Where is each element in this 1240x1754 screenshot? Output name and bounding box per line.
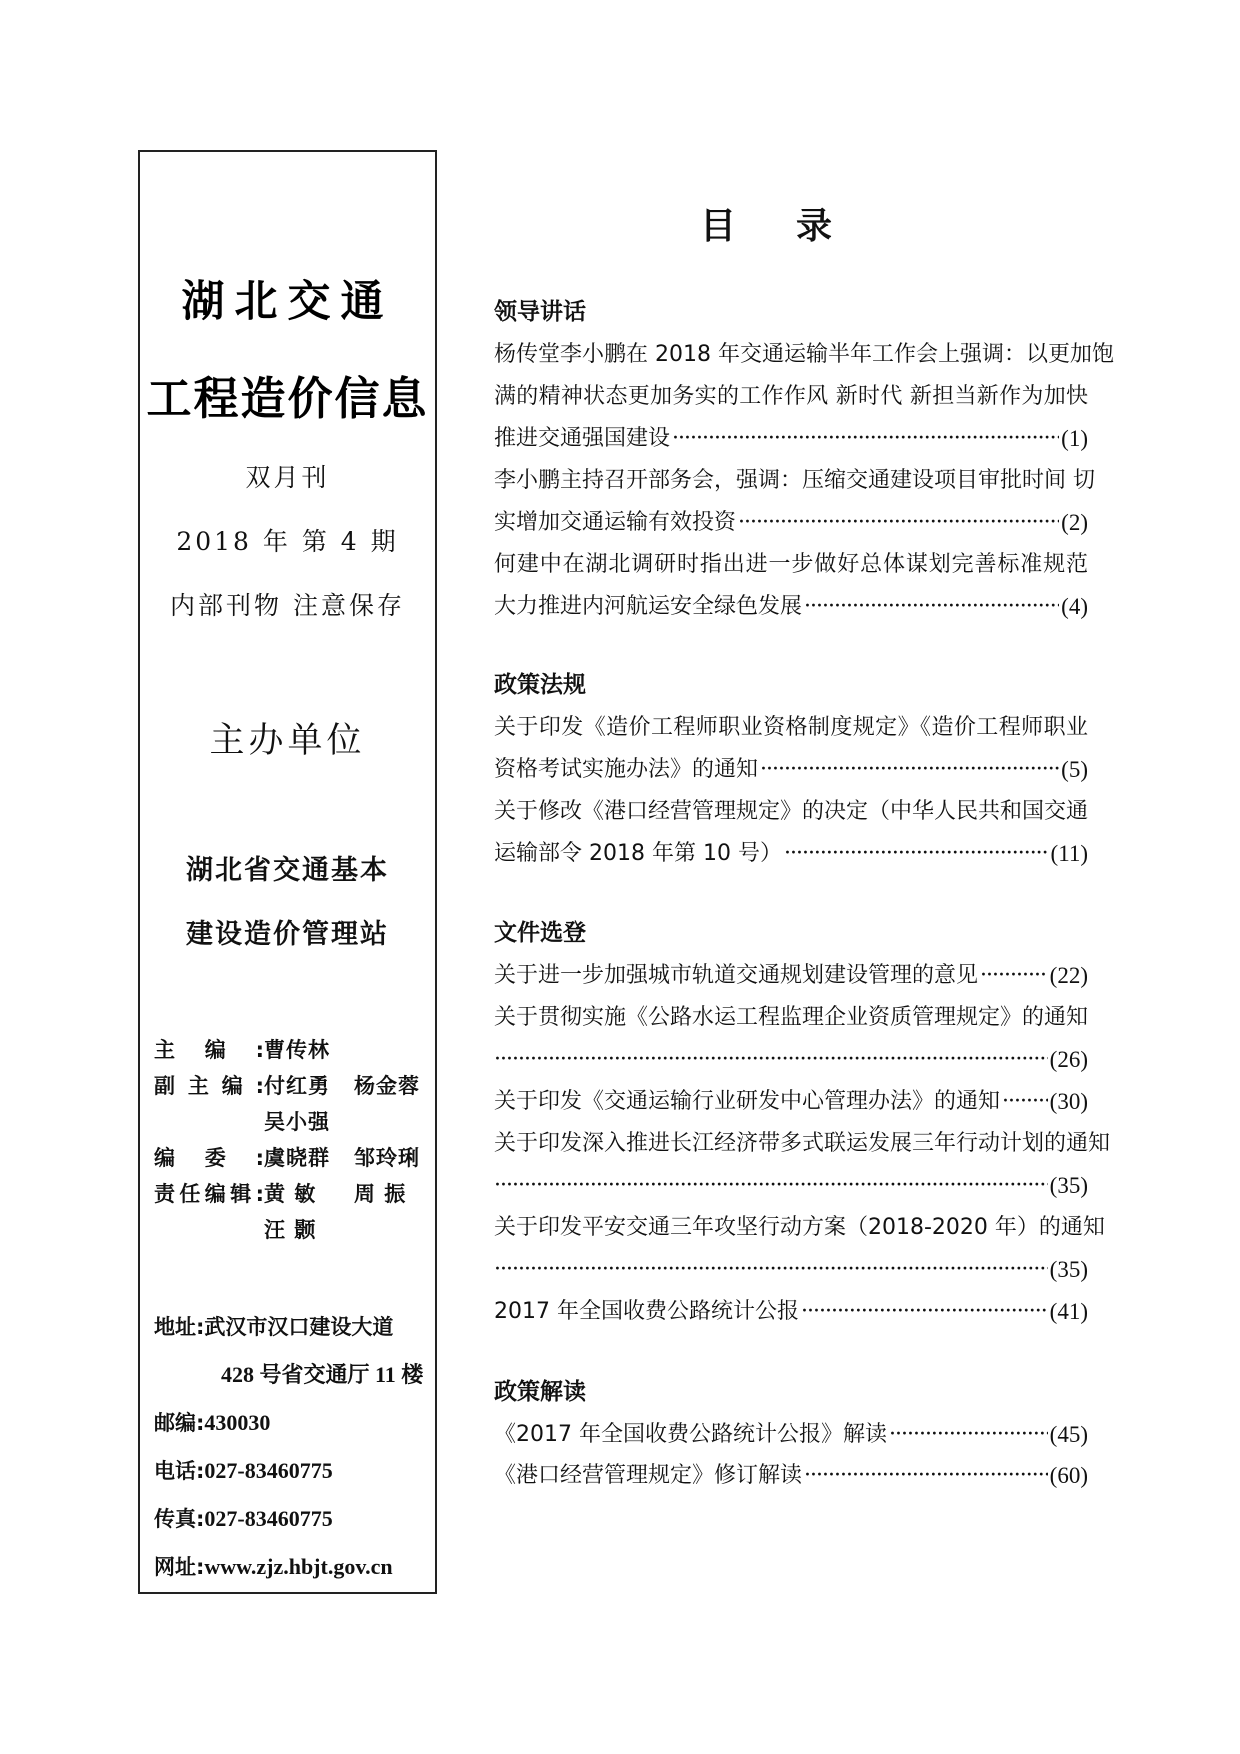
frequency: 双月刊 xyxy=(138,458,437,494)
phone-row: 电话:027-83460775 xyxy=(154,1456,333,1486)
page-number: (4) xyxy=(1061,590,1088,624)
dot-leader xyxy=(494,1253,1048,1287)
postcode-row: 邮编:430030 xyxy=(154,1408,270,1438)
address-line2: 428 号省交通厅 11 楼 xyxy=(221,1362,423,1387)
toc-entry[interactable]: 推进交通强国建设 (1) xyxy=(494,422,1088,456)
toc-entry[interactable]: 关于进一步加强城市轨道交通规划建设管理的意见(22) xyxy=(494,959,1088,993)
page-number: (35) xyxy=(1050,1169,1088,1203)
fax-label: 传真: xyxy=(154,1507,204,1531)
toc-entry[interactable]: (26) xyxy=(494,1043,1088,1077)
dot-leader xyxy=(804,590,1059,624)
toc-entry[interactable]: 《2017 年全国收费公路统计公报》解读(45) xyxy=(494,1418,1088,1452)
editor-name: 杨金蓉 xyxy=(354,1071,444,1101)
page-number: (11) xyxy=(1051,837,1088,871)
sponsor-org-line2: 建设造价管理站 xyxy=(138,912,437,951)
postcode-value: 430030 xyxy=(204,1410,270,1435)
website-link[interactable]: www.zjz.hbjt.gov.cn xyxy=(204,1554,392,1579)
address-line2-row: 428 号省交通厅 11 楼 xyxy=(221,1360,423,1390)
dot-leader xyxy=(672,422,1059,456)
toc-entry[interactable]: 资格考试实施办法》的通知(5) xyxy=(494,753,1088,787)
responsible-editor-row: 责任编辑: 黄 敏周 振 xyxy=(154,1179,264,1209)
toc-entry[interactable]: 关于印发《造价工程师职业资格制度规定》《造价工程师职业 xyxy=(494,711,1088,745)
toc-entry[interactable]: 大力推进内河航运安全绿色发展 (4) xyxy=(494,590,1088,624)
editor-name: 曹传林 xyxy=(264,1035,354,1065)
responsible-editor-row-2: 汪 颢 xyxy=(154,1215,264,1245)
editor-name: 邹玲琍 xyxy=(354,1143,444,1173)
postcode-label: 邮编: xyxy=(154,1411,204,1435)
internal-notice: 内部刊物 注意保存 xyxy=(138,586,437,622)
journal-title-line2: 工程造价信息 xyxy=(138,362,437,427)
dot-leader xyxy=(738,506,1059,540)
toc-entry[interactable]: 运输部令 2018 年第 10 号）(11) xyxy=(494,837,1088,871)
toc-entry[interactable]: (35) xyxy=(494,1253,1088,1287)
address-row: 地址:武汉市汉口建设大道 xyxy=(154,1312,393,1342)
sponsor-org-line1: 湖北省交通基本 xyxy=(138,848,437,887)
address-label: 地址: xyxy=(154,1315,204,1339)
toc-entry[interactable]: 关于贯彻实施《公路水运工程监理企业资质管理规定》的通知 xyxy=(494,1001,1088,1035)
page-number: (35) xyxy=(1050,1253,1088,1287)
toc-entry[interactable]: 实增加交通运输有效投资 (2) xyxy=(494,506,1088,540)
editor-label: 副主编: xyxy=(154,1071,264,1101)
editor-in-chief-row: 主编: 曹传林 xyxy=(154,1035,264,1065)
toc-entry[interactable]: 关于印发深入推进长江经济带多式联运发展三年行动计划的通知 xyxy=(494,1127,1088,1161)
page-number: (5) xyxy=(1061,753,1088,787)
dot-leader xyxy=(784,837,1049,871)
editor-name: 黄 敏 xyxy=(264,1179,354,1209)
section-heading-policies-regulations: 政策法规 xyxy=(494,668,586,702)
fax-row: 传真:027-83460775 xyxy=(154,1504,333,1534)
deputy-editor-row: 副主编: 付红勇杨金蓉 xyxy=(154,1071,264,1101)
toc-entry[interactable]: 何建中在湖北调研时指出进一步做好总体谋划完善标准规范 xyxy=(494,548,1088,582)
dot-leader xyxy=(980,959,1048,993)
editor-name: 吴小强 xyxy=(264,1107,354,1137)
page-number: (41) xyxy=(1050,1295,1088,1329)
fax-value: 027-83460775 xyxy=(204,1506,332,1531)
editor-name: 汪 颢 xyxy=(264,1215,354,1245)
dot-leader xyxy=(804,1459,1048,1493)
section-heading-leadership-speeches: 领导讲话 xyxy=(494,295,586,329)
dot-leader xyxy=(760,753,1059,787)
section-heading-selected-documents: 文件选登 xyxy=(494,916,586,950)
website-label: 网址: xyxy=(154,1555,204,1579)
address-line1: 武汉市汉口建设大道 xyxy=(204,1315,393,1339)
toc-entry[interactable]: 关于印发平安交通三年攻坚行动方案（2018-2020 年）的通知 xyxy=(494,1211,1088,1245)
deputy-editor-row-2: 吴小强 xyxy=(154,1107,264,1137)
editor-label: 责任编辑: xyxy=(154,1179,264,1209)
journal-title-line1: 湖北交通 xyxy=(138,268,437,329)
dot-leader xyxy=(889,1418,1048,1452)
issue-number: 2018 年 第 4 期 xyxy=(138,522,437,558)
phone-label: 电话: xyxy=(154,1459,204,1483)
editor-label: 主编: xyxy=(154,1035,264,1065)
sponsor-label: 主办单位 xyxy=(138,713,437,763)
toc-entry[interactable]: 关于修改《港口经营管理规定》的决定（中华人民共和国交通 xyxy=(494,795,1088,829)
editor-name: 付红勇 xyxy=(264,1071,354,1101)
page-number: (1) xyxy=(1061,422,1088,456)
editorial-board-row: 编委: 虞晓群邹玲琍 xyxy=(154,1143,264,1173)
page-number: (45) xyxy=(1050,1418,1088,1452)
editor-name: 周 振 xyxy=(354,1179,444,1209)
editor-label: 编委: xyxy=(154,1143,264,1173)
toc-entry[interactable]: 2017 年全国收费公路统计公报 (41) xyxy=(494,1295,1088,1329)
toc-entry[interactable]: 满的精神状态更加务实的工作作风 新时代 新担当新作为加快 xyxy=(494,380,1088,414)
toc-entry[interactable]: 杨传堂李小鹏在 2018 年交通运输半年工作会上强调：以更加饱 xyxy=(494,338,1088,372)
website-row: 网址:www.zjz.hbjt.gov.cn xyxy=(154,1552,393,1582)
toc-entry[interactable]: 李小鹏主持召开部务会，强调：压缩交通建设项目审批时间 切 xyxy=(494,464,1088,498)
toc-title: 目录 xyxy=(700,198,892,249)
dot-leader xyxy=(801,1295,1048,1329)
page-number: (22) xyxy=(1050,959,1088,993)
toc-entry[interactable]: 《港口经营管理规定》修订解读(60) xyxy=(494,1459,1088,1493)
phone-value: 027-83460775 xyxy=(204,1458,332,1483)
page-number: (2) xyxy=(1061,506,1088,540)
toc-entry[interactable]: 关于印发《交通运输行业研发中心管理办法》的通知 (30) xyxy=(494,1085,1088,1119)
dot-leader xyxy=(494,1043,1048,1077)
section-heading-policy-interpretation: 政策解读 xyxy=(494,1375,586,1409)
dot-leader xyxy=(1002,1085,1048,1119)
toc-entry[interactable]: (35) xyxy=(494,1169,1088,1203)
page-number: (26) xyxy=(1050,1043,1088,1077)
page-number: (30) xyxy=(1050,1085,1088,1119)
dot-leader xyxy=(494,1169,1048,1203)
page-number: (60) xyxy=(1050,1459,1088,1493)
editor-name: 虞晓群 xyxy=(264,1143,354,1173)
